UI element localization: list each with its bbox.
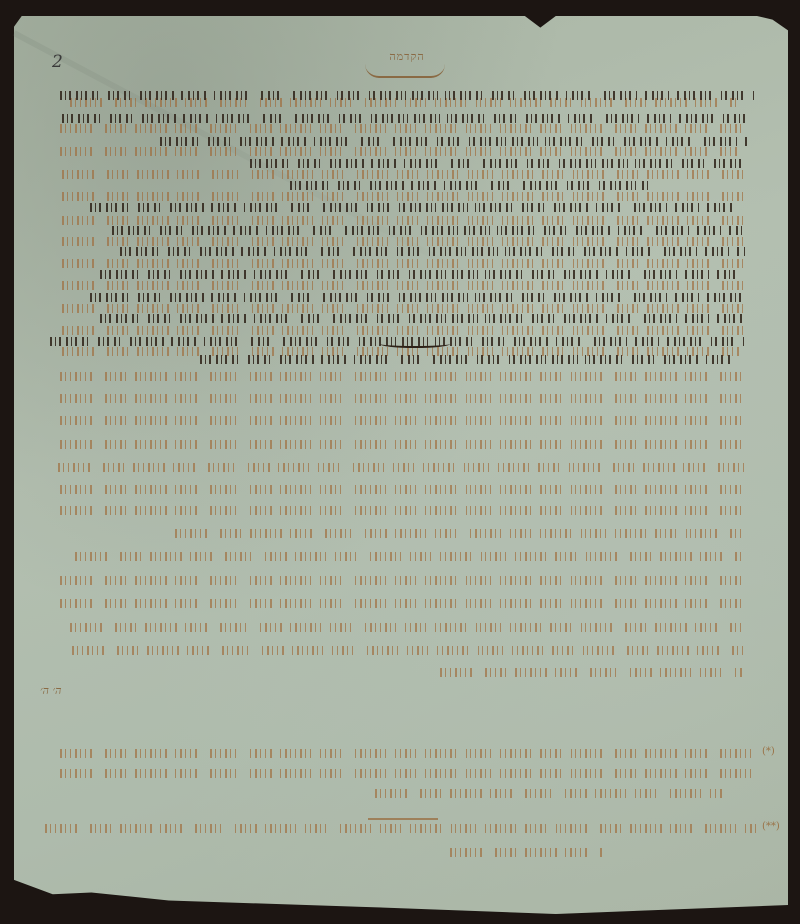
faded-text-line <box>60 413 745 427</box>
footnote-line: [footnote 2 line 2] <box>450 845 605 859</box>
page-number: 2 <box>52 52 63 72</box>
handwriting-stroke <box>60 147 740 156</box>
faded-text-line <box>58 460 745 474</box>
text-line: [Hebrew handwritten line 2] <box>62 111 752 125</box>
faded-text-line <box>60 369 742 383</box>
text-line: [Hebrew handwritten line 3] <box>160 134 752 148</box>
text-line: [Hebrew handwritten line 6] <box>90 200 735 214</box>
handwriting-stroke <box>62 281 745 290</box>
handwriting-stroke <box>60 506 745 515</box>
heading-flourish <box>365 64 445 78</box>
handwriting-stroke <box>60 485 745 494</box>
handwriting-stroke <box>60 576 745 585</box>
handwriting-stroke <box>60 440 745 449</box>
footnote-line: [footnote 2 line 1 — German, includes ye… <box>45 821 760 835</box>
handwriting-stroke <box>60 372 742 381</box>
page-heading: הקדמה <box>372 50 442 63</box>
text-line: [Hebrew handwritten line 7] <box>112 223 745 237</box>
text-line: [Hebrew handwritten line 11] <box>100 311 745 325</box>
handwriting-stroke <box>70 623 745 632</box>
footnote-marker: (*) <box>762 746 775 757</box>
faded-text-line <box>75 549 745 563</box>
footnote-line: [footnote 1 line 3] <box>375 786 725 800</box>
handwriting-stroke <box>72 646 745 655</box>
faded-text-line <box>60 596 745 610</box>
faded-text-line <box>60 391 742 405</box>
handwriting-stroke <box>175 529 745 538</box>
faded-text-line <box>60 573 745 587</box>
faded-text-line <box>70 620 745 634</box>
faded-text-line <box>60 482 745 496</box>
text-line: [Hebrew handwritten line 5] <box>290 178 650 192</box>
footnote-separator-rule <box>368 818 438 820</box>
handwriting-stroke <box>75 552 745 561</box>
handwriting-stroke <box>60 416 745 425</box>
faded-text-line <box>60 437 745 451</box>
faded-text-line <box>175 526 745 540</box>
faded-text-line <box>440 665 745 679</box>
handwriting-stroke <box>440 668 745 677</box>
faded-text-line <box>60 503 745 517</box>
footnote-marker: (**) <box>762 821 780 832</box>
text-line: [Hebrew handwritten line 10] <box>90 290 745 304</box>
text-line: [Hebrew handwritten line 13] <box>200 352 740 366</box>
text-line: [Hebrew handwritten line 4] <box>250 156 745 170</box>
footnote-line: [footnote 1 line 1 — German/Hebrew, incl… <box>60 746 760 760</box>
handwriting-stroke <box>58 463 745 472</box>
handwriting-stroke <box>60 394 742 403</box>
text-line: [Hebrew handwritten line 9] <box>100 267 740 281</box>
faded-text-line <box>72 643 745 657</box>
handwriting-stroke <box>60 599 745 608</box>
text-line: [Hebrew handwritten line 1] <box>60 88 755 102</box>
text-line: [Hebrew handwritten line 8] <box>120 244 745 258</box>
signature: ה׳ ה׳ <box>40 684 61 697</box>
footnote-line: [footnote 1 line 2] <box>60 766 760 780</box>
handwriting-stroke <box>60 124 745 133</box>
wavy-underline <box>380 340 450 348</box>
